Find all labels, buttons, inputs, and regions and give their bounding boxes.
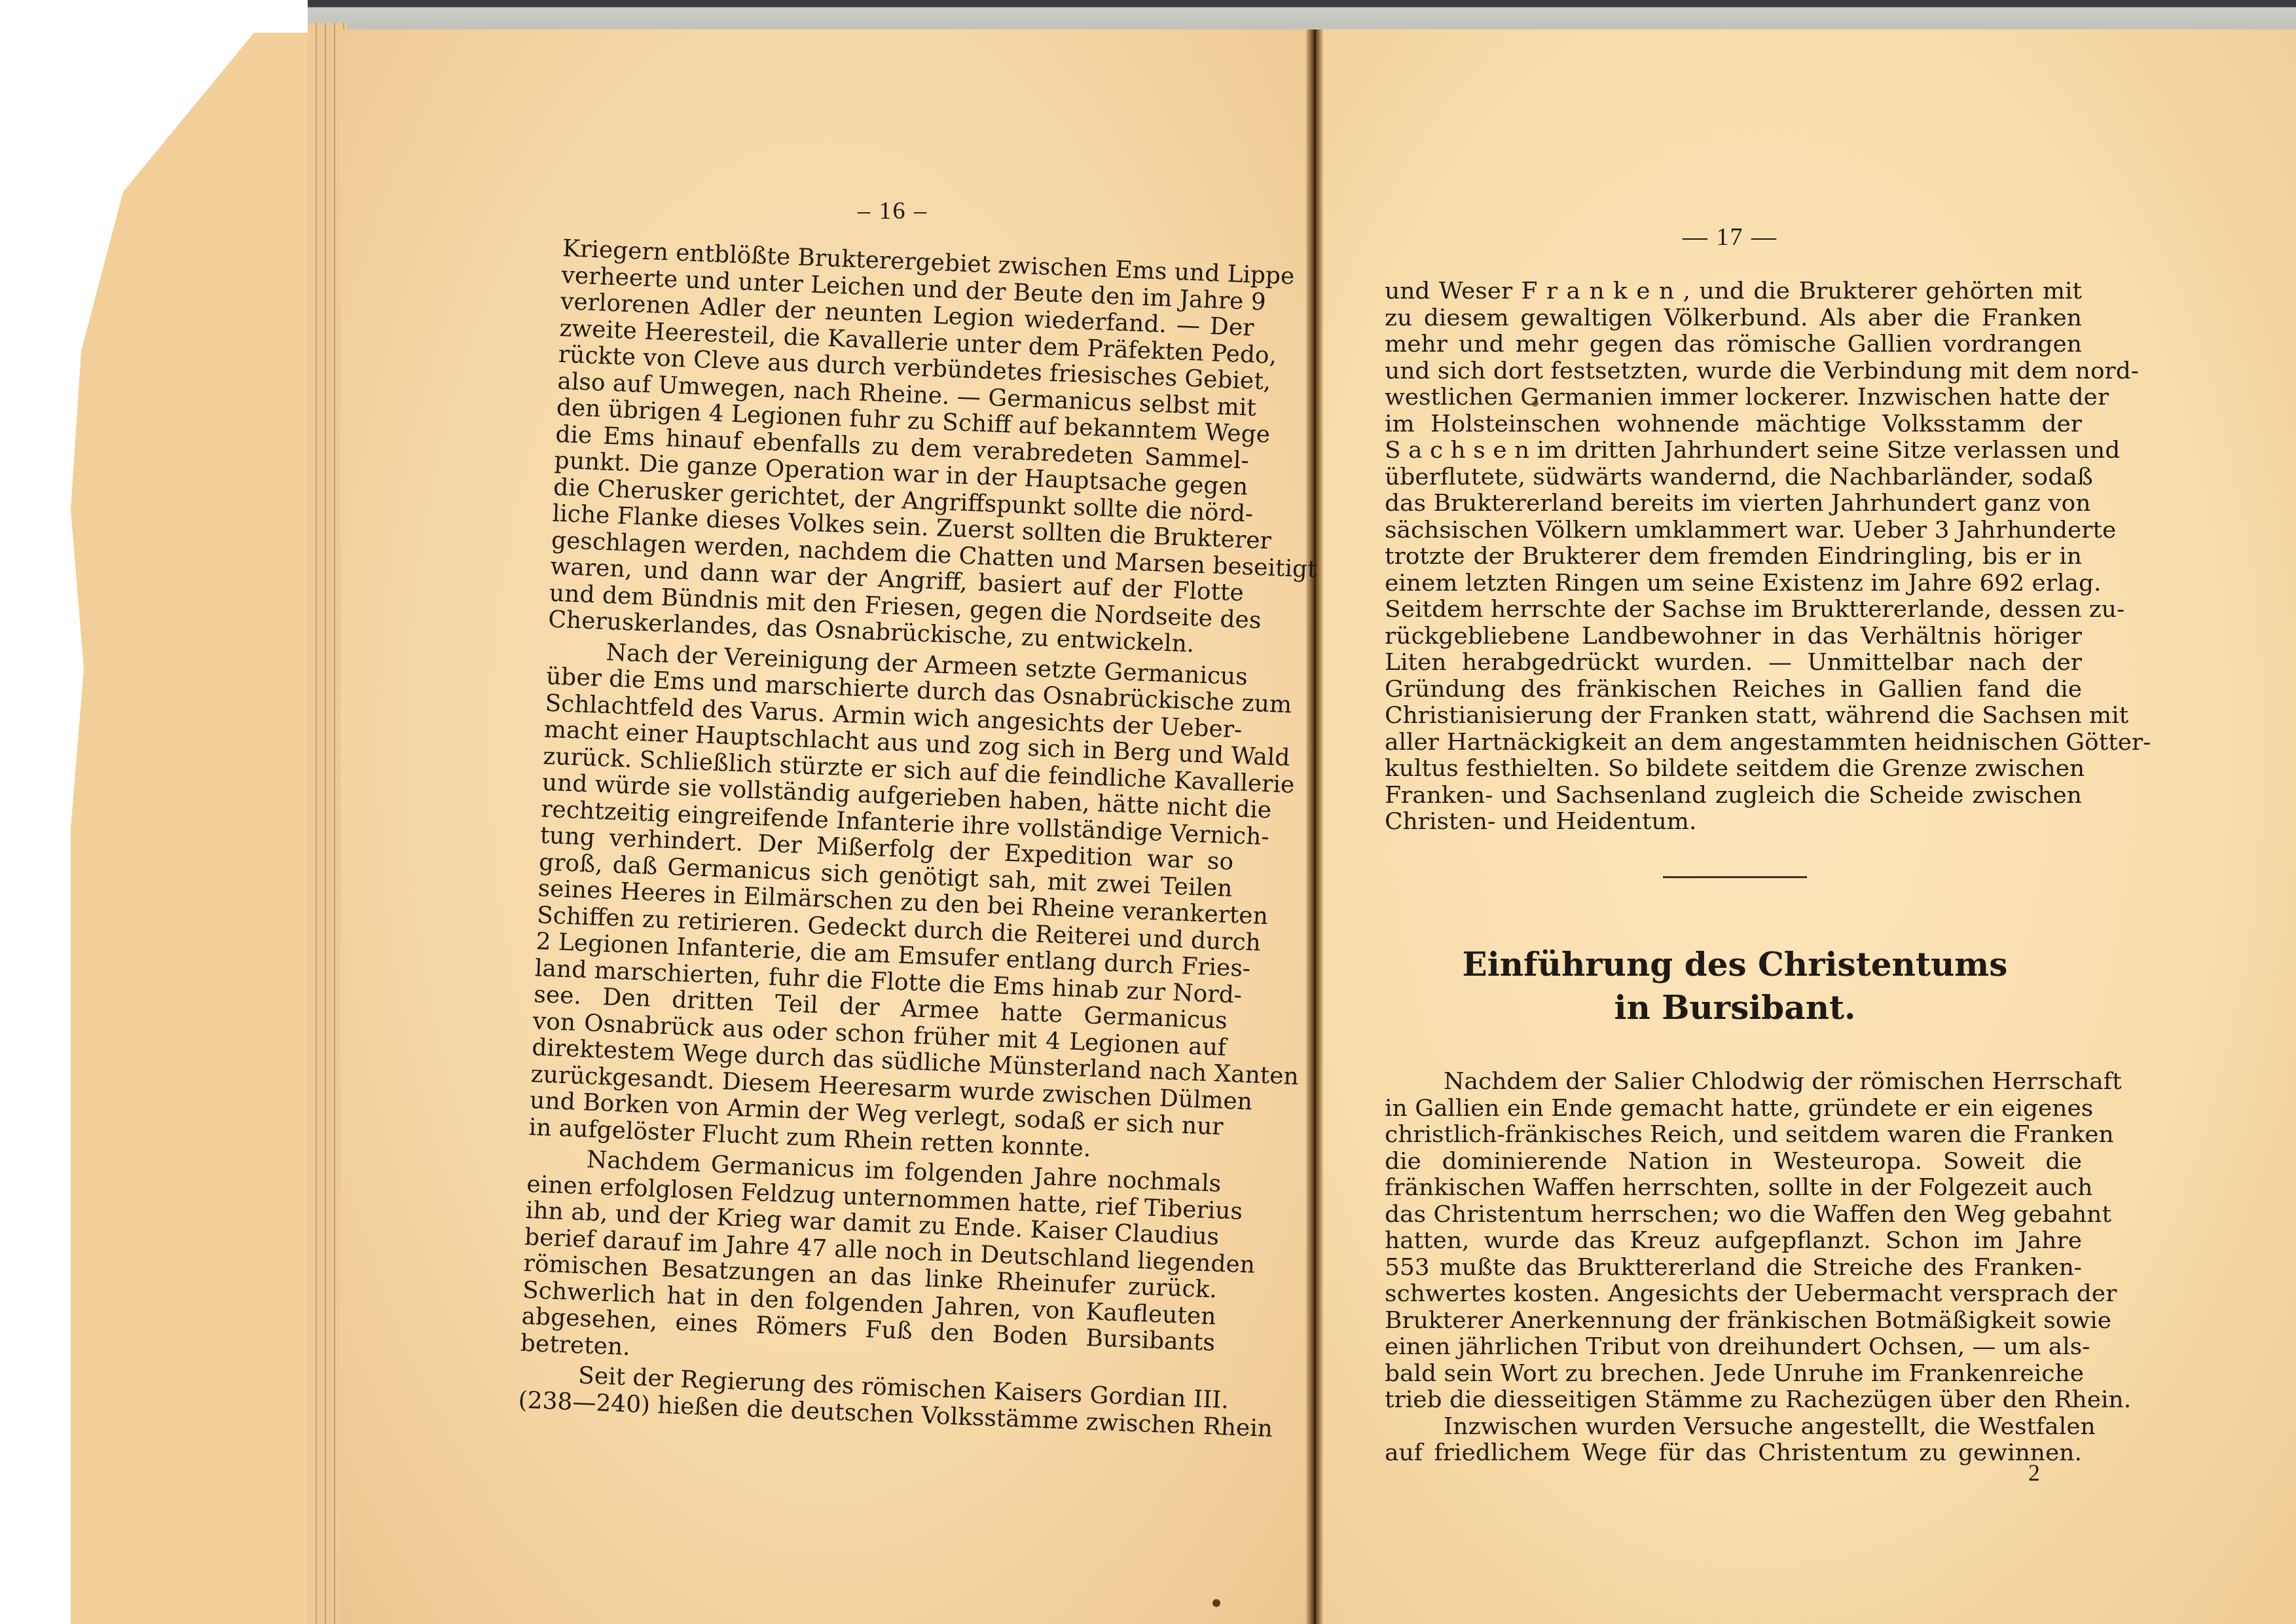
text-line: und sich dort festsetzten, wurde die Ver…	[1385, 358, 2082, 385]
ink-spot	[1532, 401, 1539, 407]
text-line: Christen- und Heidentum.	[1385, 809, 2082, 836]
book-gutter	[1306, 29, 1323, 1624]
text-line: aller Hartnäckigkeit an dem angestammten…	[1385, 729, 2082, 756]
text-line: einem letzten Ringen um seine Existenz i…	[1385, 570, 2082, 597]
text-line: Liten herabgedrückt wurden. — Unmittelba…	[1385, 650, 2082, 676]
right-page-number: — 17 —	[1683, 223, 1777, 251]
text-line: überflutete, südwärts wandernd, die Nach…	[1385, 464, 2082, 491]
text-line: bald sein Wort zu brechen. Jede Unruhe i…	[1385, 1361, 2082, 1388]
text-line: Seitdem herrschte der Sachse im Bruktter…	[1385, 597, 2082, 623]
text-line: Brukterer Anerkennung der fränkischen Bo…	[1385, 1308, 2082, 1335]
text-line: Franken- und Sachsenland zugleich die Sc…	[1385, 783, 2082, 809]
text-line: kultus festhielten. So bildete seitdem d…	[1385, 756, 2082, 783]
text-line: 553 mußte das Brukttererland die Streich…	[1385, 1255, 2082, 1282]
signature-mark: 2	[2028, 1459, 2040, 1486]
text-line: zu diesem gewaltigen Völkerbund. Als abe…	[1385, 305, 2082, 332]
text-line: im Holsteinschen wohnende mächtige Volks…	[1385, 411, 2082, 438]
text-line: rückgebliebene Landbewohner in das Verhä…	[1385, 623, 2082, 650]
text-line: Christianisierung der Franken statt, wäh…	[1385, 703, 2082, 729]
paragraph-start: Nachdem der Salier Chlodwig der römische…	[1385, 1069, 2082, 1096]
text-line: hatten, wurde das Kreuz aufgepflanzt. Sc…	[1385, 1228, 2082, 1255]
text-line: und Weser F r a n k e n , und die Brukte…	[1385, 278, 2082, 305]
text-line: trieb die diesseitigen Stämme zu Rachezü…	[1385, 1387, 2082, 1414]
text-line: das Christentum herrschen; wo die Waffen…	[1385, 1202, 2082, 1228]
left-page-text: Kriegern entblößte Brukterergebiet zwisc…	[518, 236, 1256, 1440]
text-line: christlich-fränkisches Reich, und seitde…	[1385, 1122, 2082, 1149]
text-line: einen jährlichen Tribut von dreihundert …	[1385, 1334, 2082, 1361]
torn-cover-page	[71, 33, 333, 1624]
text-line: westlichen Germanien immer lockerer. Inz…	[1385, 384, 2082, 411]
text-line: schwertes kosten. Angesichts der Ueberma…	[1385, 1281, 2082, 1308]
section-heading-line-2: in Bursibant.	[1388, 986, 2082, 1029]
text-line: auf friedlichem Wege für das Christentum…	[1385, 1440, 2082, 1467]
section-body-text: Nachdem der Salier Chlodwig der römische…	[1385, 1069, 2082, 1467]
left-page-number: – 16 –	[858, 196, 928, 225]
text-line: S a c h s e n im dritten Jahrhundert sei…	[1385, 437, 2082, 464]
paragraph-start: Inzwischen wurden Versuche angestellt, d…	[1385, 1414, 2082, 1441]
text-line: fränkischen Waffen herrschten, sollte in…	[1385, 1175, 2082, 1202]
section-heading-line-1: Einführung des Christentums	[1388, 943, 2082, 986]
text-line: Gründung des fränkischen Reiches in Gall…	[1385, 676, 2082, 703]
section-divider-rule	[1663, 876, 1807, 878]
scanner-lid-edge	[308, 0, 2296, 33]
text-line: in Gallien ein Ende gemacht hatte, gründ…	[1385, 1096, 2082, 1122]
text-line: mehr und mehr gegen das römische Gallien…	[1385, 331, 2082, 358]
ink-spot	[1212, 1599, 1220, 1607]
section-heading: Einführung des Christentums in Bursibant…	[1388, 943, 2082, 1029]
text-line: das Bruktererland bereits im vierten Jah…	[1385, 490, 2082, 517]
right-page-text: und Weser F r a n k e n , und die Brukte…	[1385, 278, 2082, 836]
text-line: trotzte der Brukterer dem fremden Eindri…	[1385, 544, 2082, 570]
text-line: sächsischen Völkern umklammert war. Uebe…	[1385, 517, 2082, 544]
text-line: die dominierende Nation in Westeuropa. S…	[1385, 1149, 2082, 1175]
